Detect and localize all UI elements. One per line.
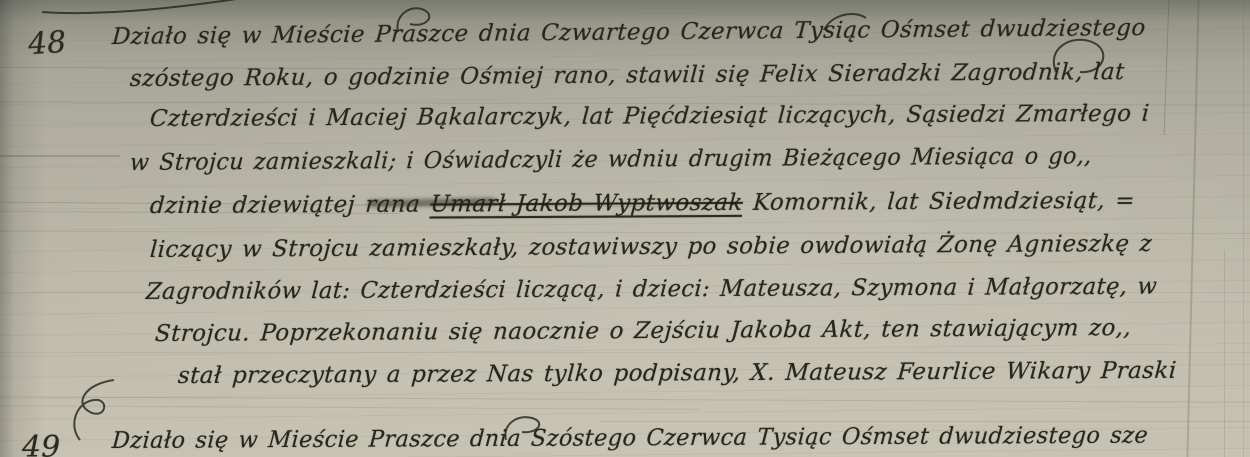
line5-text-before: dzinie dziewiątej rana [149,192,431,219]
deceased-name-underlined: Umarł Jakob Wyptwoszak [430,190,744,218]
record48-line9: stał przeczytany a przez Nas tylko podpi… [177,358,1181,389]
scratch-line [0,405,700,410]
record48-line4: w Strojcu zamieszkali; i Oświadczyli że … [129,143,1062,176]
column-rule [1186,0,1199,457]
record48-line8: Strojcu. Poprzekonaniu się naocznie o Ze… [154,315,1148,347]
record49-line1: Działo się w Mieście Praszce dnia Szóste… [111,423,1124,454]
record-number-49: 49 [22,430,60,457]
record48-line5: dzinie dziewiątej rana Umarł Jakob Wyptw… [149,188,1197,219]
register-scan-page: 48 Działo się w Mieście Praszce dnia Czw… [0,0,1250,457]
scratch-line [0,352,1250,353]
record48-line6: liczący w Strojcu zamieszkały, zostawiws… [149,231,1150,263]
ink-flourish-top-left [40,0,260,20]
column-rule [1243,0,1244,457]
line5-text-after: Komornik, lat Siedmdziesiąt, = [742,188,1136,216]
scratch-line [0,396,1250,402]
record48-line2: szóstego Roku, o godzinie Ośmiej rano, s… [129,59,1143,92]
record48-line1: Działo się w Mieście Praszce dnia Czwart… [111,15,1169,50]
record-number-48: 48 [27,25,68,63]
record48-line7: Zagrodników lat: Czterdzieści liczącą, i… [145,274,1141,305]
column-rule [1224,250,1225,457]
scratch-line [600,421,1250,422]
record48-line3: Czterdzieści i Maciej Bąkalarczyk, lat P… [149,101,1155,132]
scratch-line [0,155,120,157]
